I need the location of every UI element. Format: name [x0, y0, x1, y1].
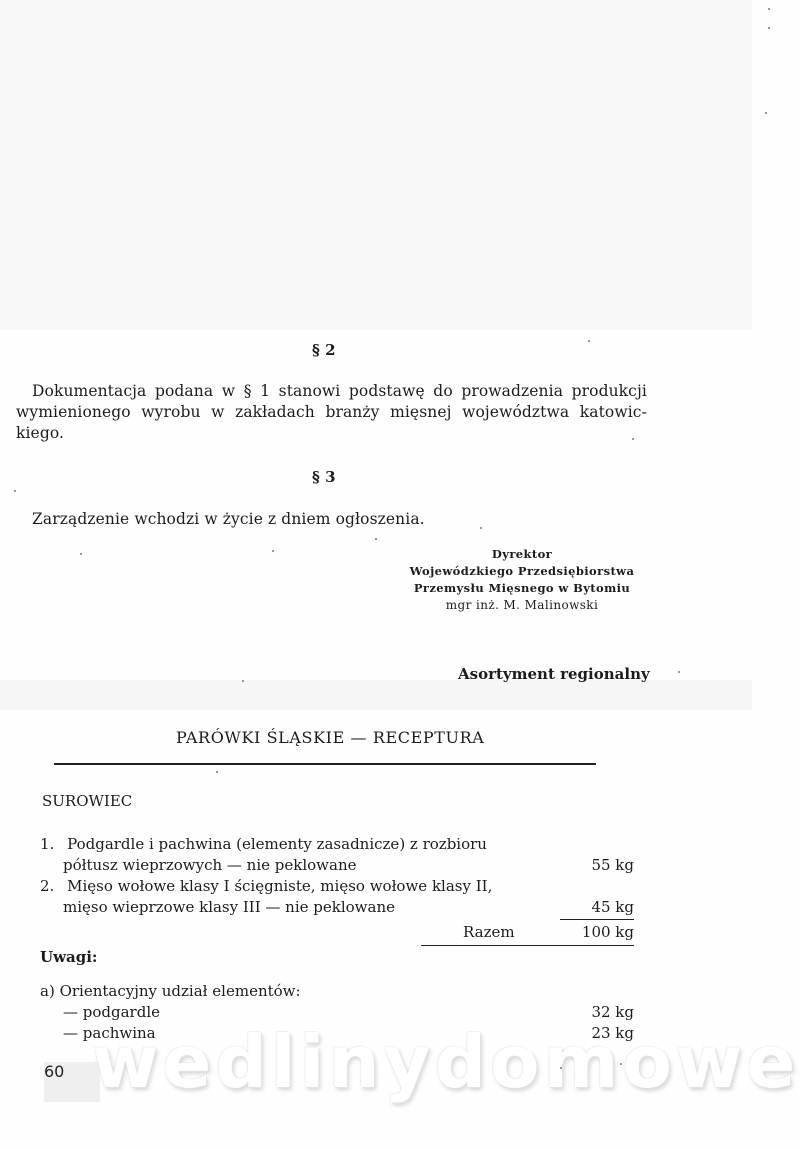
signature-name: mgr inż. M. Malinowski: [402, 597, 642, 614]
item-2-line-2: mięso wieprzowe klasy III — nie peklowan…: [63, 897, 395, 918]
scan-speck: [560, 1067, 562, 1069]
section-3-heading: § 3: [312, 468, 336, 486]
item-number: 2.: [40, 877, 54, 895]
scan-speck: [242, 680, 244, 682]
scan-speck: [765, 112, 767, 114]
section-2-line-1: Dokumentacjapodanaw§1stanowipodstawędopr…: [32, 381, 647, 402]
section-2-line-2: wymienionegowyrobuwzakładachbranżymięsne…: [16, 402, 647, 423]
word: w: [222, 381, 235, 402]
page-number: 60: [44, 1062, 64, 1081]
word: stanowi: [279, 381, 341, 402]
section-2-text: Dokumentacjapodanaw§1stanowipodstawędopr…: [32, 381, 647, 444]
watermark: wedlinydomowe.pl: [92, 1020, 800, 1104]
word: produkcji: [572, 381, 647, 402]
sum-rule: [560, 919, 634, 920]
word: województwa: [462, 402, 569, 423]
signature-block: Dyrektor Wojewódzkiego Przedsiębiorstwa …: [402, 546, 642, 614]
word: podstawę: [349, 381, 425, 402]
section-3-text: Zarządzenie wchodzi w życie z dniem ogło…: [32, 509, 425, 530]
signature-org-line-1: Wojewódzkiego Przedsiębiorstwa: [402, 563, 642, 580]
word: podana: [155, 381, 213, 402]
notes-heading: Uwagi:: [40, 947, 97, 968]
recipe-title: PARÓWKI ŚLĄSKIE — RECEPTURA: [176, 728, 484, 747]
scan-speck: [768, 8, 770, 10]
title-underline: [54, 763, 596, 765]
word: §: [244, 381, 252, 402]
total-rule: [421, 945, 634, 946]
word: 1: [260, 381, 270, 402]
note-a-item-1-qty: 32 kg: [554, 1003, 634, 1021]
item-line-1: Podgardle i pachwina (elementy zasadnicz…: [67, 835, 487, 853]
word: prowadzenia: [461, 381, 563, 402]
word: branży: [325, 402, 379, 423]
scan-shading: [0, 0, 752, 330]
word: w: [211, 402, 224, 423]
section-2-heading: § 2: [312, 341, 336, 359]
ingredient-item-2: 2. Mięso wołowe klasy I ścięgniste, mięs…: [40, 876, 492, 897]
word: zakładach: [235, 402, 315, 423]
scan-shading: [0, 680, 752, 710]
scan-speck: [272, 550, 274, 552]
signature-org-line-2: Przemysłu Mięsnego w Bytomiu: [402, 580, 642, 597]
scan-speck: [216, 771, 218, 773]
scan-speck: [14, 490, 16, 492]
section-2-line-3: kiego.: [16, 423, 647, 444]
scan-speck: [375, 538, 377, 540]
word: katowic-: [580, 402, 647, 423]
item-1-line-2: półtusz wieprzowych — nie peklowane: [63, 855, 357, 876]
scan-speck: [80, 553, 82, 555]
scanned-page: § 2 Dokumentacjapodanaw§1stanowipodstawę…: [0, 0, 800, 1150]
word: do: [433, 381, 452, 402]
series-label: Asortyment regionalny: [458, 665, 650, 683]
item-2-qty: 45 kg: [554, 898, 634, 916]
ingredient-item-1: 1. Podgardle i pachwina (elementy zasadn…: [40, 834, 487, 855]
scan-speck: [678, 671, 680, 673]
ingredients-heading: SUROWIEC: [42, 792, 132, 810]
item-number: 1.: [40, 835, 54, 853]
item-line-1: Mięso wołowe klasy I ścięgniste, mięso w…: [67, 877, 492, 895]
total-qty: 100 kg: [554, 923, 634, 941]
word: mięsnej: [390, 402, 451, 423]
scan-speck: [588, 340, 590, 342]
item-1-qty: 55 kg: [554, 856, 634, 874]
scan-speck: [620, 1063, 622, 1065]
word: Dokumentacja: [32, 381, 146, 402]
word: wymienionego: [16, 402, 131, 423]
scan-speck: [768, 27, 770, 29]
word: wyrobu: [141, 402, 200, 423]
total-label: Razem: [463, 922, 515, 943]
scan-speck: [480, 527, 482, 529]
note-a-label: a) Orientacyjny udział elementów:: [40, 981, 301, 1002]
signature-title: Dyrektor: [402, 546, 642, 563]
scan-speck: [632, 438, 634, 440]
